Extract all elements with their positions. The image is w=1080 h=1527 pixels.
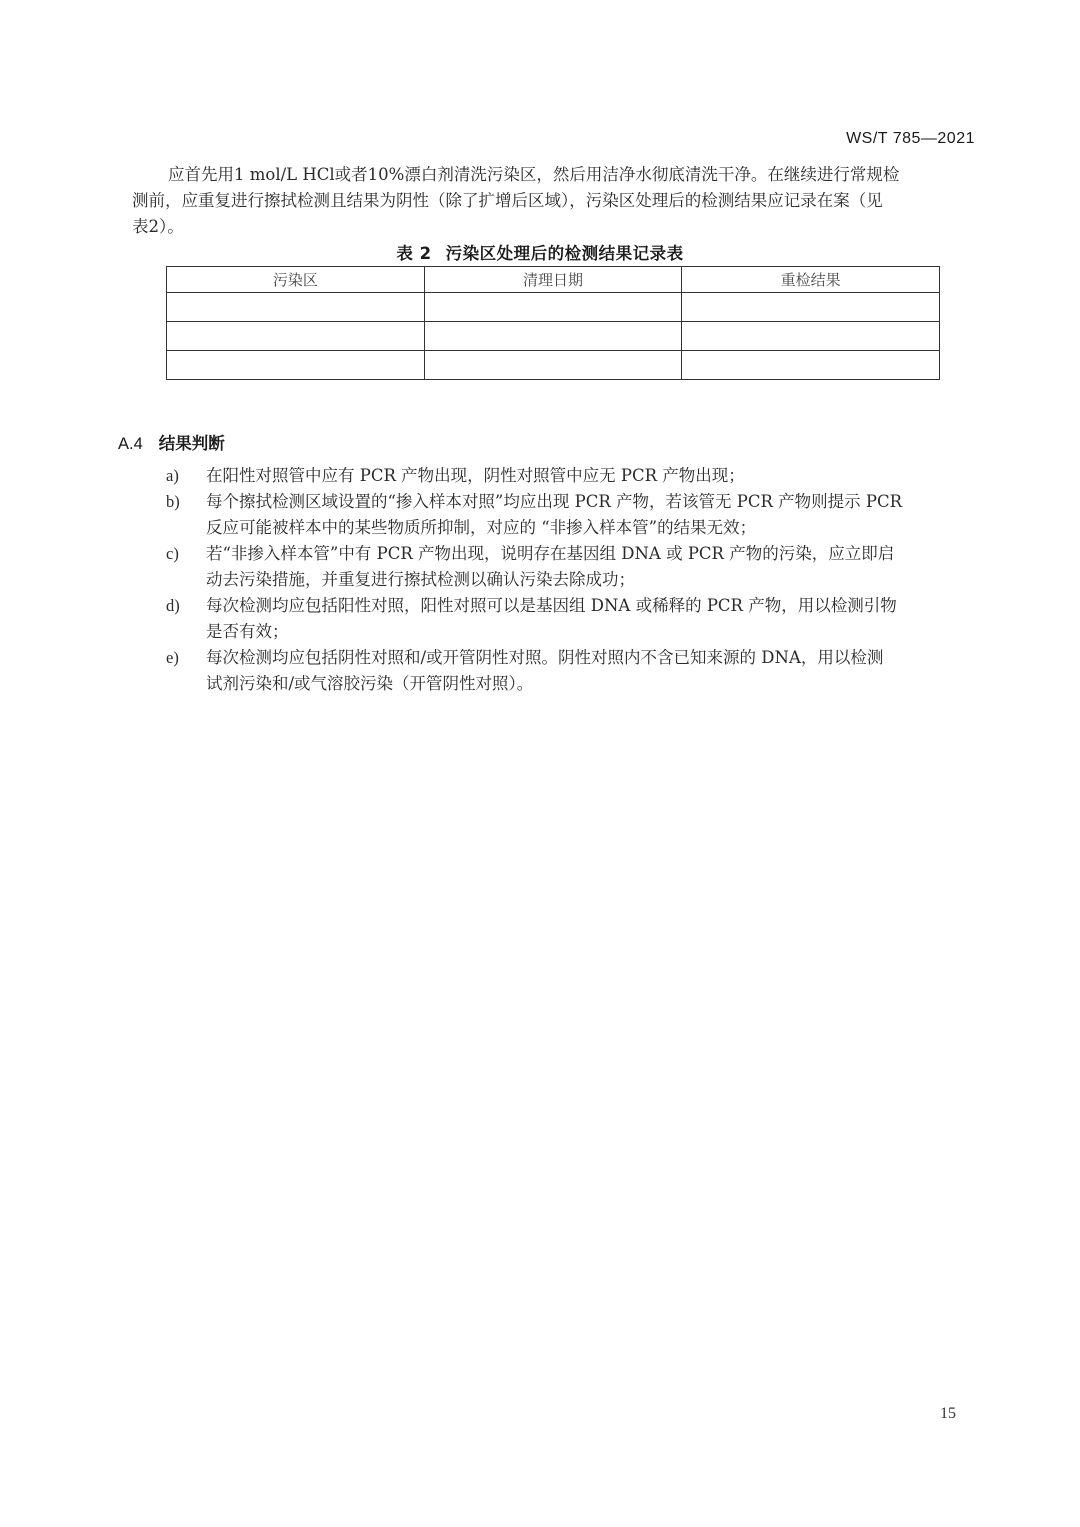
list-marker: c) [166,541,179,567]
page-number: 15 [940,1405,956,1423]
list-item-e: e) 每次检测均应包括阴性对照和/或开管阴性对照。阴性对照内不含已知来源的 DN… [166,645,980,697]
list-item-c: c) 若“非掺入样本管”中有 PCR 产物出现，说明存在基因组 DNA 或 PC… [166,541,980,593]
list-line: 每个擦拭检测区域设置的“掺入样本对照”均应出现 PCR 产物，若该管无 PCR … [206,489,980,515]
column-header-retest-result: 重检结果 [682,267,940,293]
list-marker: a) [166,463,179,489]
list-line: 反应可能被样本中的某些物质所抑制，对应的 “非掺入样本管”的结果无效； [206,515,980,541]
table-caption: 表 2污染区处理后的检测结果记录表 [0,240,1080,264]
table-cell [424,293,682,322]
list-item-a: a) 在阳性对照管中应有 PCR 产物出现，阴性对照管中应无 PCR 产物出现； [166,463,980,489]
table-row [167,351,940,380]
table-cell [682,293,940,322]
table-cell [682,351,940,380]
list-line: 动去污染措施，并重复进行擦拭检测以确认污染去除成功； [206,567,980,593]
section-title: 结果判断 [159,434,225,453]
list-line: 试剂污染和/或气溶胶污染（开管阴性对照）。 [206,671,980,697]
column-header-contaminated-area: 污染区 [167,267,425,293]
list-marker: e) [166,645,179,671]
intro-paragraph: 应首先用1 mol/L HCl或者10%漂白剂清洗污染区，然后用洁净水彻底清洗干… [132,162,980,240]
table-cell [167,322,425,351]
record-table: 污染区 清理日期 重检结果 [166,266,940,380]
list-marker: d) [166,593,180,619]
list-line: 是否有效； [206,619,980,645]
list-item-b: b) 每个擦拭检测区域设置的“掺入样本对照”均应出现 PCR 产物，若该管无 P… [166,489,980,541]
table-row [167,293,940,322]
paragraph-line: 应首先用1 mol/L HCl或者10%漂白剂清洗污染区，然后用洁净水彻底清洗干… [132,162,980,188]
list-line: 每次检测均应包括阳性对照，阳性对照可以是基因组 DNA 或稀释的 PCR 产物，… [206,593,980,619]
table-cell [424,351,682,380]
table-row [167,322,940,351]
column-header-cleaning-date: 清理日期 [424,267,682,293]
table-cell [167,293,425,322]
section-heading: A.4结果判断 [118,430,225,454]
table-cell [167,351,425,380]
list-line: 每次检测均应包括阴性对照和/或开管阴性对照。阴性对照内不含已知来源的 DNA，用… [206,645,980,671]
table-header-row: 污染区 清理日期 重检结果 [167,267,940,293]
list-marker: b) [166,489,180,515]
result-judgement-list: a) 在阳性对照管中应有 PCR 产物出现，阴性对照管中应无 PCR 产物出现；… [166,463,980,697]
paragraph-line: 测前，应重复进行擦拭检测且结果为阴性（除了扩增后区域），污染区处理后的检测结果应… [132,188,980,214]
list-line: 在阳性对照管中应有 PCR 产物出现，阴性对照管中应无 PCR 产物出现； [206,463,980,489]
section-number: A.4 [118,435,143,453]
document-code: WS/T 785—2021 [846,130,975,148]
table-caption-number: 表 2 [396,244,431,263]
list-line: 若“非掺入样本管”中有 PCR 产物出现，说明存在基因组 DNA 或 PCR 产… [206,541,980,567]
list-item-d: d) 每次检测均应包括阳性对照，阳性对照可以是基因组 DNA 或稀释的 PCR … [166,593,980,645]
table-caption-title: 污染区处理后的检测结果记录表 [446,244,684,263]
paragraph-line: 表2）。 [132,214,980,240]
table-cell [424,322,682,351]
table-cell [682,322,940,351]
